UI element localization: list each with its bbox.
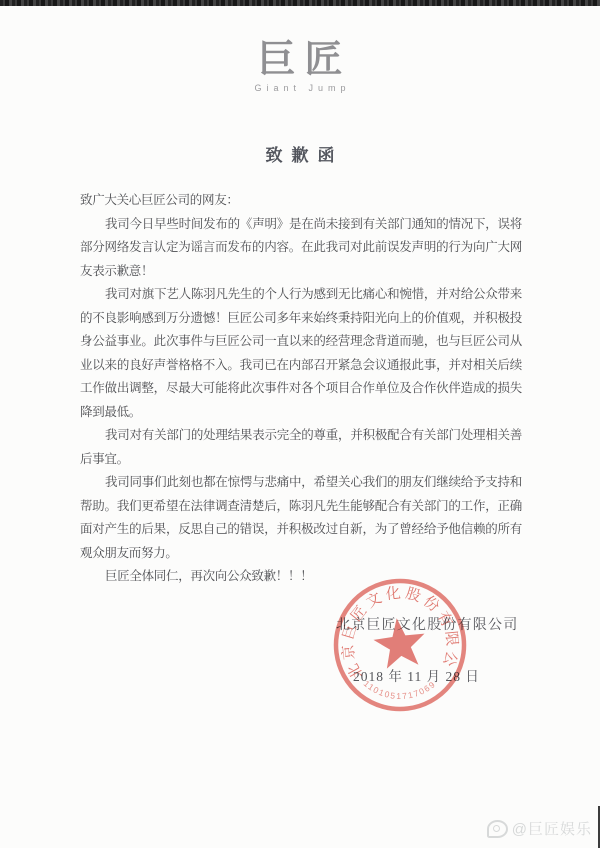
scan-edge-artifact-top — [0, 0, 600, 6]
company-logo: 巨匠 Giant Jump — [0, 40, 600, 93]
scanned-apology-letter: 巨匠 Giant Jump 致歉函 致广大关心巨匠公司的网友： 我司今日早些时间… — [0, 0, 600, 848]
letter-paragraph: 我司对旗下艺人陈羽凡先生的个人行为感到无比痛心和惋惜，并对给公众带来的不良影响感… — [80, 283, 522, 424]
page-title: 致歉函 — [0, 141, 600, 166]
weibo-logo-icon — [487, 820, 508, 838]
weibo-handle: @巨匠娱乐 — [512, 818, 592, 839]
logo-cn-text: 巨匠 — [0, 40, 600, 82]
letter-paragraph: 我司同事们此刻也都在惊愕与悲痛中，希望关心我们的朋友们继续给予支持和帮助。我们更… — [80, 471, 522, 565]
logo-en-text: Giant Jump — [0, 83, 600, 93]
letter-paragraph: 我司今日早些时间发布的《声明》是在尚未接到有关部门通知的情况下，误将部分网络发言… — [80, 213, 522, 284]
letter-salutation: 致广大关心巨匠公司的网友： — [80, 189, 522, 213]
letter-paragraph: 我司对有关部门的处理结果表示完全的尊重，并积极配合有关部门处理相关善后事宜。 — [80, 424, 522, 471]
letter-body: 致广大关心巨匠公司的网友： 我司今日早些时间发布的《声明》是在尚未接到有关部门通… — [80, 189, 522, 589]
weibo-watermark: @巨匠娱乐 — [0, 818, 592, 839]
company-seal-stamp: 北京巨匠文化股份有限公司 1101051717069 — [318, 563, 483, 728]
seal-star-icon — [371, 615, 428, 670]
